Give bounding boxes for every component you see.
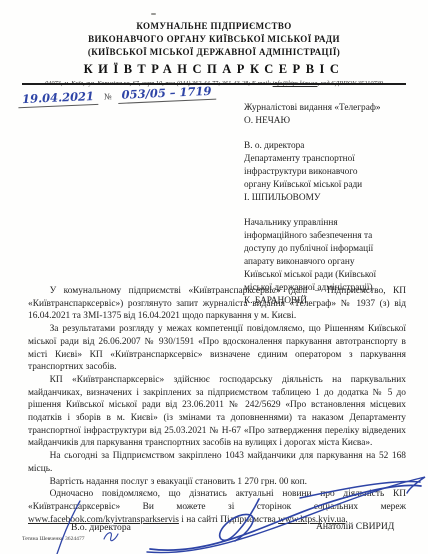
letter-body: У комунальному підприємстві «Київтранспа…	[28, 285, 406, 526]
stamp-number: 053/05 – 1719	[117, 84, 216, 104]
org-name-line2: ВИКОНАВЧОГО ОРГАНУ КИЇВСЬКОЇ МІСЬКОЇ РАД…	[0, 33, 428, 46]
recipient-line: Начальнику управління	[244, 217, 414, 230]
org-name-line3: (КИЇВСЬКОЇ МІСЬКОЇ ДЕРЖАВНОЇ АДМІНІСТРАЦ…	[0, 46, 428, 59]
letterhead: КОМУНАЛЬНЕ ПІДПРИЄМСТВО ВИКОНАВЧОГО ОРГА…	[0, 20, 428, 87]
recipient-journalist: Журналістові видання «Телеграф» О. НЕЧАЮ	[244, 102, 414, 128]
recipient-line: інформаційного забезпечення та	[244, 230, 414, 243]
recipient-line: В. о. директора	[244, 140, 414, 153]
scan-artifact	[151, 13, 156, 15]
paragraph-evacuation-cost: Вартість надання послуг з евакуації стан…	[28, 476, 406, 489]
recipient-line: доступу до публічної інформації	[244, 243, 414, 256]
recipient-line: Департаменту транспортної	[244, 153, 414, 166]
executor-note: Тетяна Шевченко 3624477	[22, 536, 85, 542]
paragraph-operator-decision: За результатами розгляду у межах компете…	[28, 323, 406, 374]
recipient-line: О. НЕЧАЮ	[244, 115, 414, 128]
social-media-text: Одночасно повідомляємо, що дізнатись акт…	[28, 489, 406, 512]
recipient-line: органу Київської міської ради	[244, 179, 414, 192]
recipient-line: Київської міської ради (Київської	[244, 269, 414, 282]
recipient-line: інфраструктури виконавчого	[244, 166, 414, 179]
paragraph-statistics: На сьогодні за Підприємством закріплено …	[28, 450, 406, 475]
social-media-mid: і на сайті Підприємства	[179, 515, 278, 525]
recipient-line: Журналістові видання «Телеграф»	[244, 102, 414, 115]
recipient-line: апарату виконавчого органу	[244, 256, 414, 269]
org-name-line1: КОМУНАЛЬНЕ ПІДПРИЄМСТВО	[0, 20, 428, 33]
stamp-date: 19.04.2021	[18, 89, 99, 108]
paragraph-intro: У комунальному підприємстві «Київтранспа…	[28, 285, 406, 323]
company-name: КИЇВТРАНСПАРКСЕРВІС	[0, 62, 428, 77]
scanned-letter-page: КОМУНАЛЬНЕ ПІДПРИЄМСТВО ВИКОНАВЧОГО ОРГА…	[0, 0, 428, 554]
signer-name: Анатолій СВИРИД	[316, 521, 394, 532]
paragraph-legal-basis: КП «Київтранспарксервіс» здійснює господ…	[28, 374, 406, 450]
signer-position: В.о. директора	[71, 522, 131, 533]
registration-stamp: 19.04.2021 № 053/05 – 1719	[18, 84, 216, 109]
number-sign: №	[102, 92, 114, 101]
recipient-department-director: В. о. директора Департаменту транспортно…	[244, 140, 414, 205]
recipient-line: І. ШПИЛЬОВОМУ	[244, 192, 414, 205]
